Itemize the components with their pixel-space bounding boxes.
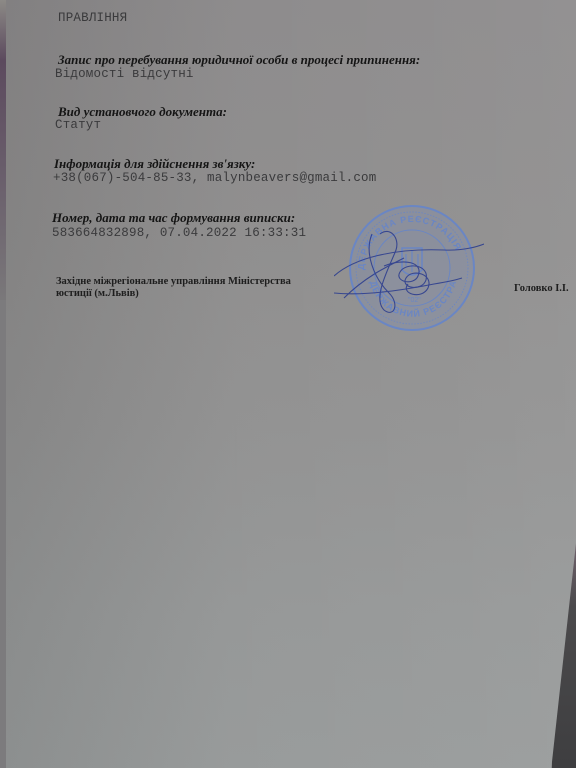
field-value-contact-info: +38(067)-504-85-33, malynbeavers@gmail.c… [53, 171, 376, 185]
field-label-contact-info: Інформація для здійснення зв'язку: [54, 156, 255, 172]
organization-line-1: Західне міжрегіональне управління Мініст… [56, 276, 291, 288]
stamp-number: "02" [408, 297, 421, 304]
issuing-organization: Західне міжрегіональне управління Мініст… [56, 276, 291, 300]
field-value-termination-record: Відомості відсутні [55, 67, 194, 81]
signer-name: Головко І.І. [514, 283, 569, 294]
organization-line-2: юстиції (м.Львів) [56, 288, 291, 300]
field-value-founding-document: Статут [55, 118, 101, 132]
field-label-extract-number: Номер, дата та час формування виписки: [52, 210, 295, 226]
field-label-termination-record: Запис про перебування юридичної особи в … [58, 52, 420, 68]
official-seal-icon: ДЕРЖАВНА РЕЄСТРАЦІЯ ДЕРЖАВНИЙ РЕЄСТРАТОР… [334, 198, 484, 338]
field-value-extract-number: 583664832898, 07.04.2022 16:33:31 [52, 226, 306, 240]
document-page: ПРАВЛІННЯ Запис про перебування юридично… [6, 0, 576, 768]
section-heading: ПРАВЛІННЯ [58, 11, 127, 25]
